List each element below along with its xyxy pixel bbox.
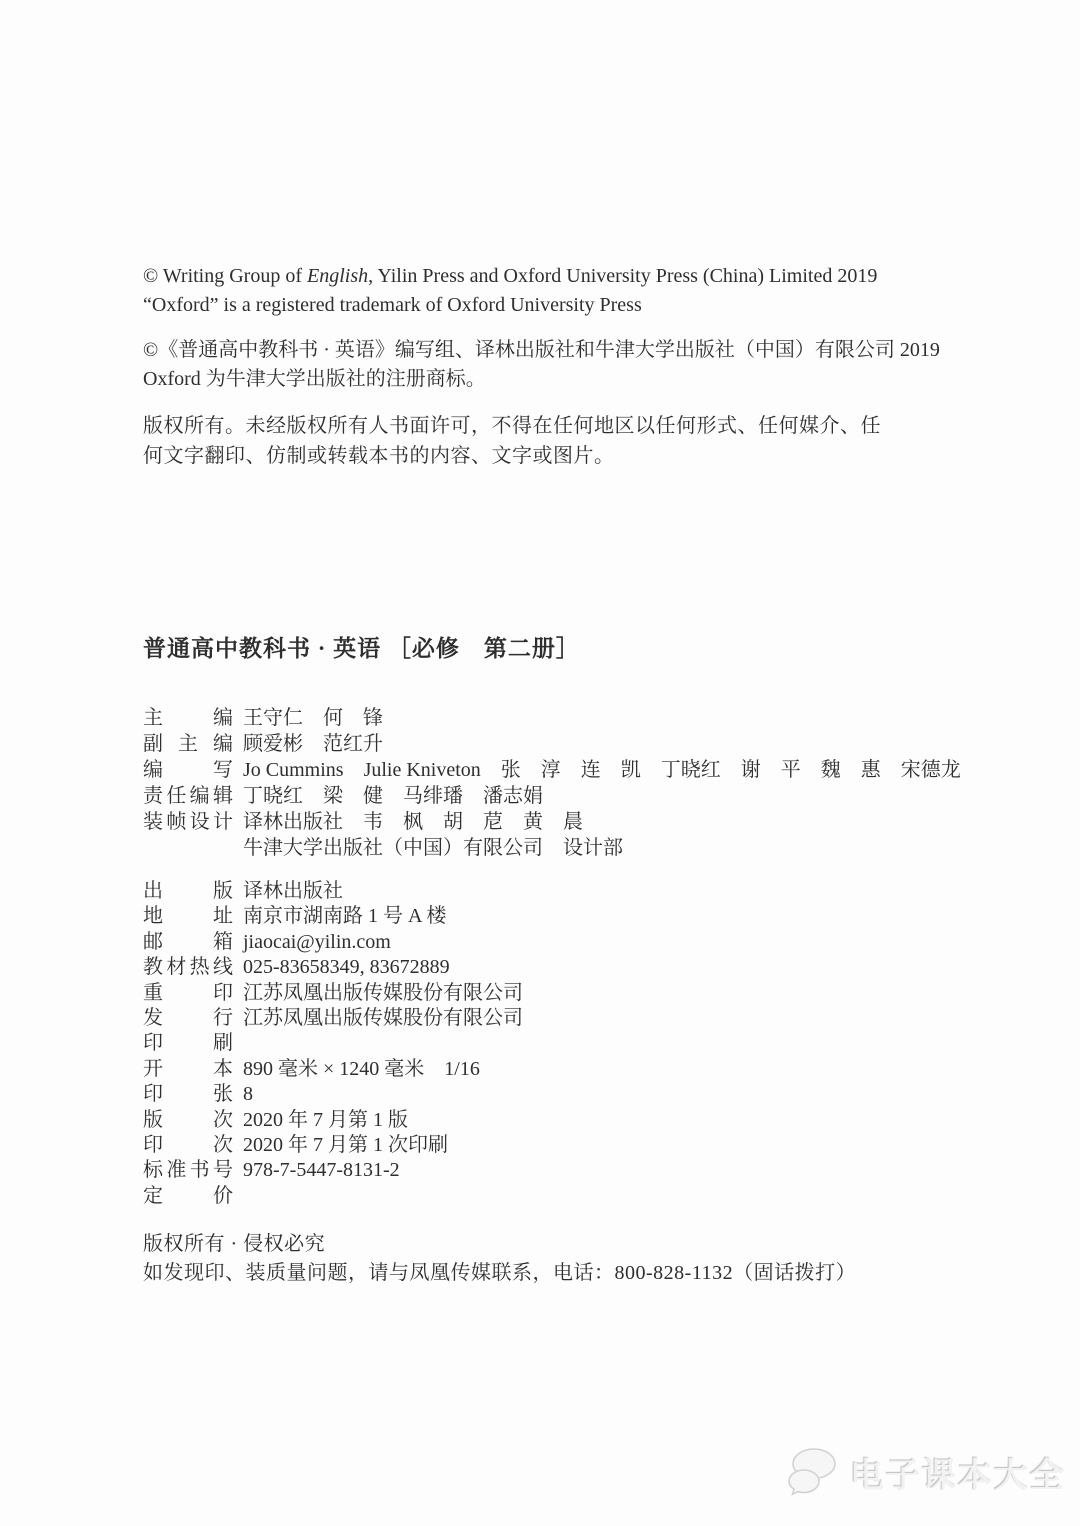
- credit-label: 责任编辑: [143, 783, 233, 809]
- copyright-english-line1: © Writing Group of English, Yilin Press …: [143, 262, 877, 291]
- footer-line2: 如发现印、装质量问题，请与凤凰传媒联系，电话：800-828-1132（固话拨打…: [143, 1259, 856, 1288]
- pub-label: 开本: [143, 1057, 233, 1082]
- pub-value: 2020 年 7 月第 1 版: [243, 1108, 408, 1133]
- copyright-chinese-line2: Oxford 为牛津大学出版社的注册商标。: [143, 365, 940, 394]
- credit-row-deputy-editor: 副主编顾爱彬 范红升: [143, 731, 961, 757]
- copyright-text: © Writing Group of: [143, 265, 307, 287]
- copyright-chinese-line1: ©《普通高中教科书 · 英语》编写组、译林出版社和牛津大学出版社（中国）有限公司…: [143, 336, 940, 365]
- pub-value: 890 毫米 × 1240 毫米 1/16: [243, 1057, 480, 1082]
- pub-value: 译林出版社: [243, 879, 343, 904]
- book-name-italic: English: [307, 265, 368, 287]
- credit-label: 编写: [143, 757, 233, 783]
- pub-label: 教材热线: [143, 955, 233, 980]
- credit-value: 牛津大学出版社（中国）有限公司 设计部: [243, 835, 623, 861]
- pub-value: jiaocai@yilin.com: [243, 930, 391, 955]
- pub-row-isbn: 标准书号978-7-5447-8131-2: [143, 1158, 523, 1183]
- credit-row-chief-editor: 主编王守仁 何 锋: [143, 705, 961, 731]
- copyright-english-line2: “Oxford” is a registered trademark of Ox…: [143, 291, 877, 320]
- pub-label: 邮箱: [143, 930, 233, 955]
- rights-notice: 版权所有。未经版权所有人书面许可，不得在任何地区以任何形式、任何媒介、任何文字翻…: [143, 411, 891, 471]
- credit-value: 丁晓红 梁 健 马绯璠 潘志娟: [243, 783, 543, 809]
- copyright-text: , Yilin Press and Oxford University Pres…: [368, 265, 877, 287]
- pub-row-email: 邮箱jiaocai@yilin.com: [143, 930, 523, 955]
- watermark: 电子课本大全: [784, 1446, 1066, 1498]
- pub-row-edition: 版次2020 年 7 月第 1 版: [143, 1108, 523, 1133]
- credit-value: 王守仁 何 锋: [243, 705, 383, 731]
- pub-row-printing: 印刷: [143, 1031, 523, 1056]
- colophon-page: © Writing Group of English, Yilin Press …: [0, 0, 1080, 1526]
- credit-row-design-cont: 牛津大学出版社（中国）有限公司 设计部: [143, 835, 961, 861]
- pub-value: 南京市湖南路 1 号 A 楼: [243, 904, 446, 929]
- footer-notice: 版权所有 · 侵权必究 如发现印、装质量问题，请与凤凰传媒联系，电话：800-8…: [143, 1230, 856, 1288]
- pub-row-sheets: 印张8: [143, 1082, 523, 1107]
- pub-label: 出版: [143, 879, 233, 904]
- credit-row-design: 装帧设计译林出版社 韦 枫 胡 苨 黄 晨: [143, 809, 961, 835]
- pub-label: 发行: [143, 1006, 233, 1031]
- pub-row-impression: 印次2020 年 7 月第 1 次印刷: [143, 1133, 523, 1158]
- pub-label: 定价: [143, 1184, 233, 1209]
- editorial-credits: 主编王守仁 何 锋 副主编顾爱彬 范红升 编写Jo Cummins Julie …: [143, 705, 961, 861]
- pub-row-distribution: 发行江苏凤凰出版传媒股份有限公司: [143, 1006, 523, 1031]
- pub-label: 重印: [143, 981, 233, 1006]
- credit-label: 主编: [143, 705, 233, 731]
- credit-label: 副主编: [143, 731, 233, 757]
- pub-label: 标准书号: [143, 1158, 233, 1183]
- pub-value: 8: [243, 1082, 253, 1107]
- credit-value: 译林出版社 韦 枫 胡 苨 黄 晨: [243, 809, 583, 835]
- pub-label: 版次: [143, 1108, 233, 1133]
- copyright-chinese: ©《普通高中教科书 · 英语》编写组、译林出版社和牛津大学出版社（中国）有限公司…: [143, 336, 940, 394]
- footer-line1: 版权所有 · 侵权必究: [143, 1230, 856, 1259]
- wechat-icon: [784, 1446, 842, 1498]
- pub-label: 印次: [143, 1133, 233, 1158]
- pub-row-format: 开本890 毫米 × 1240 毫米 1/16: [143, 1057, 523, 1082]
- publishing-info: 出版译林出版社 地址南京市湖南路 1 号 A 楼 邮箱jiaocai@yilin…: [143, 879, 523, 1209]
- watermark-label: 电子课本大全: [850, 1448, 1066, 1497]
- pub-label: 印刷: [143, 1031, 233, 1056]
- pub-value: 2020 年 7 月第 1 次印刷: [243, 1133, 448, 1158]
- book-title: 普通高中教科书 · 英语 ［必修 第二册］: [143, 630, 580, 663]
- pub-value: 江苏凤凰出版传媒股份有限公司: [243, 981, 523, 1006]
- pub-value: 江苏凤凰出版传媒股份有限公司: [243, 1006, 523, 1031]
- pub-label: 印张: [143, 1082, 233, 1107]
- credit-label: 装帧设计: [143, 809, 233, 835]
- pub-row-price: 定价: [143, 1184, 523, 1209]
- credit-row-responsible-editors: 责任编辑丁晓红 梁 健 马绯璠 潘志娟: [143, 783, 961, 809]
- pub-row-reprint: 重印江苏凤凰出版传媒股份有限公司: [143, 981, 523, 1006]
- pub-label: 地址: [143, 904, 233, 929]
- pub-value: 025-83658349, 83672889: [243, 955, 450, 980]
- copyright-english: © Writing Group of English, Yilin Press …: [143, 262, 877, 320]
- credit-value: 顾爱彬 范红升: [243, 731, 383, 757]
- pub-row-address: 地址南京市湖南路 1 号 A 楼: [143, 904, 523, 929]
- pub-row-hotline: 教材热线025-83658349, 83672889: [143, 955, 523, 980]
- credit-row-writers: 编写Jo Cummins Julie Kniveton 张 淳 连 凯 丁晓红 …: [143, 757, 961, 783]
- credit-value: Jo Cummins Julie Kniveton 张 淳 连 凯 丁晓红 谢 …: [243, 757, 961, 783]
- pub-value: 978-7-5447-8131-2: [243, 1158, 400, 1183]
- pub-row-publisher: 出版译林出版社: [143, 879, 523, 904]
